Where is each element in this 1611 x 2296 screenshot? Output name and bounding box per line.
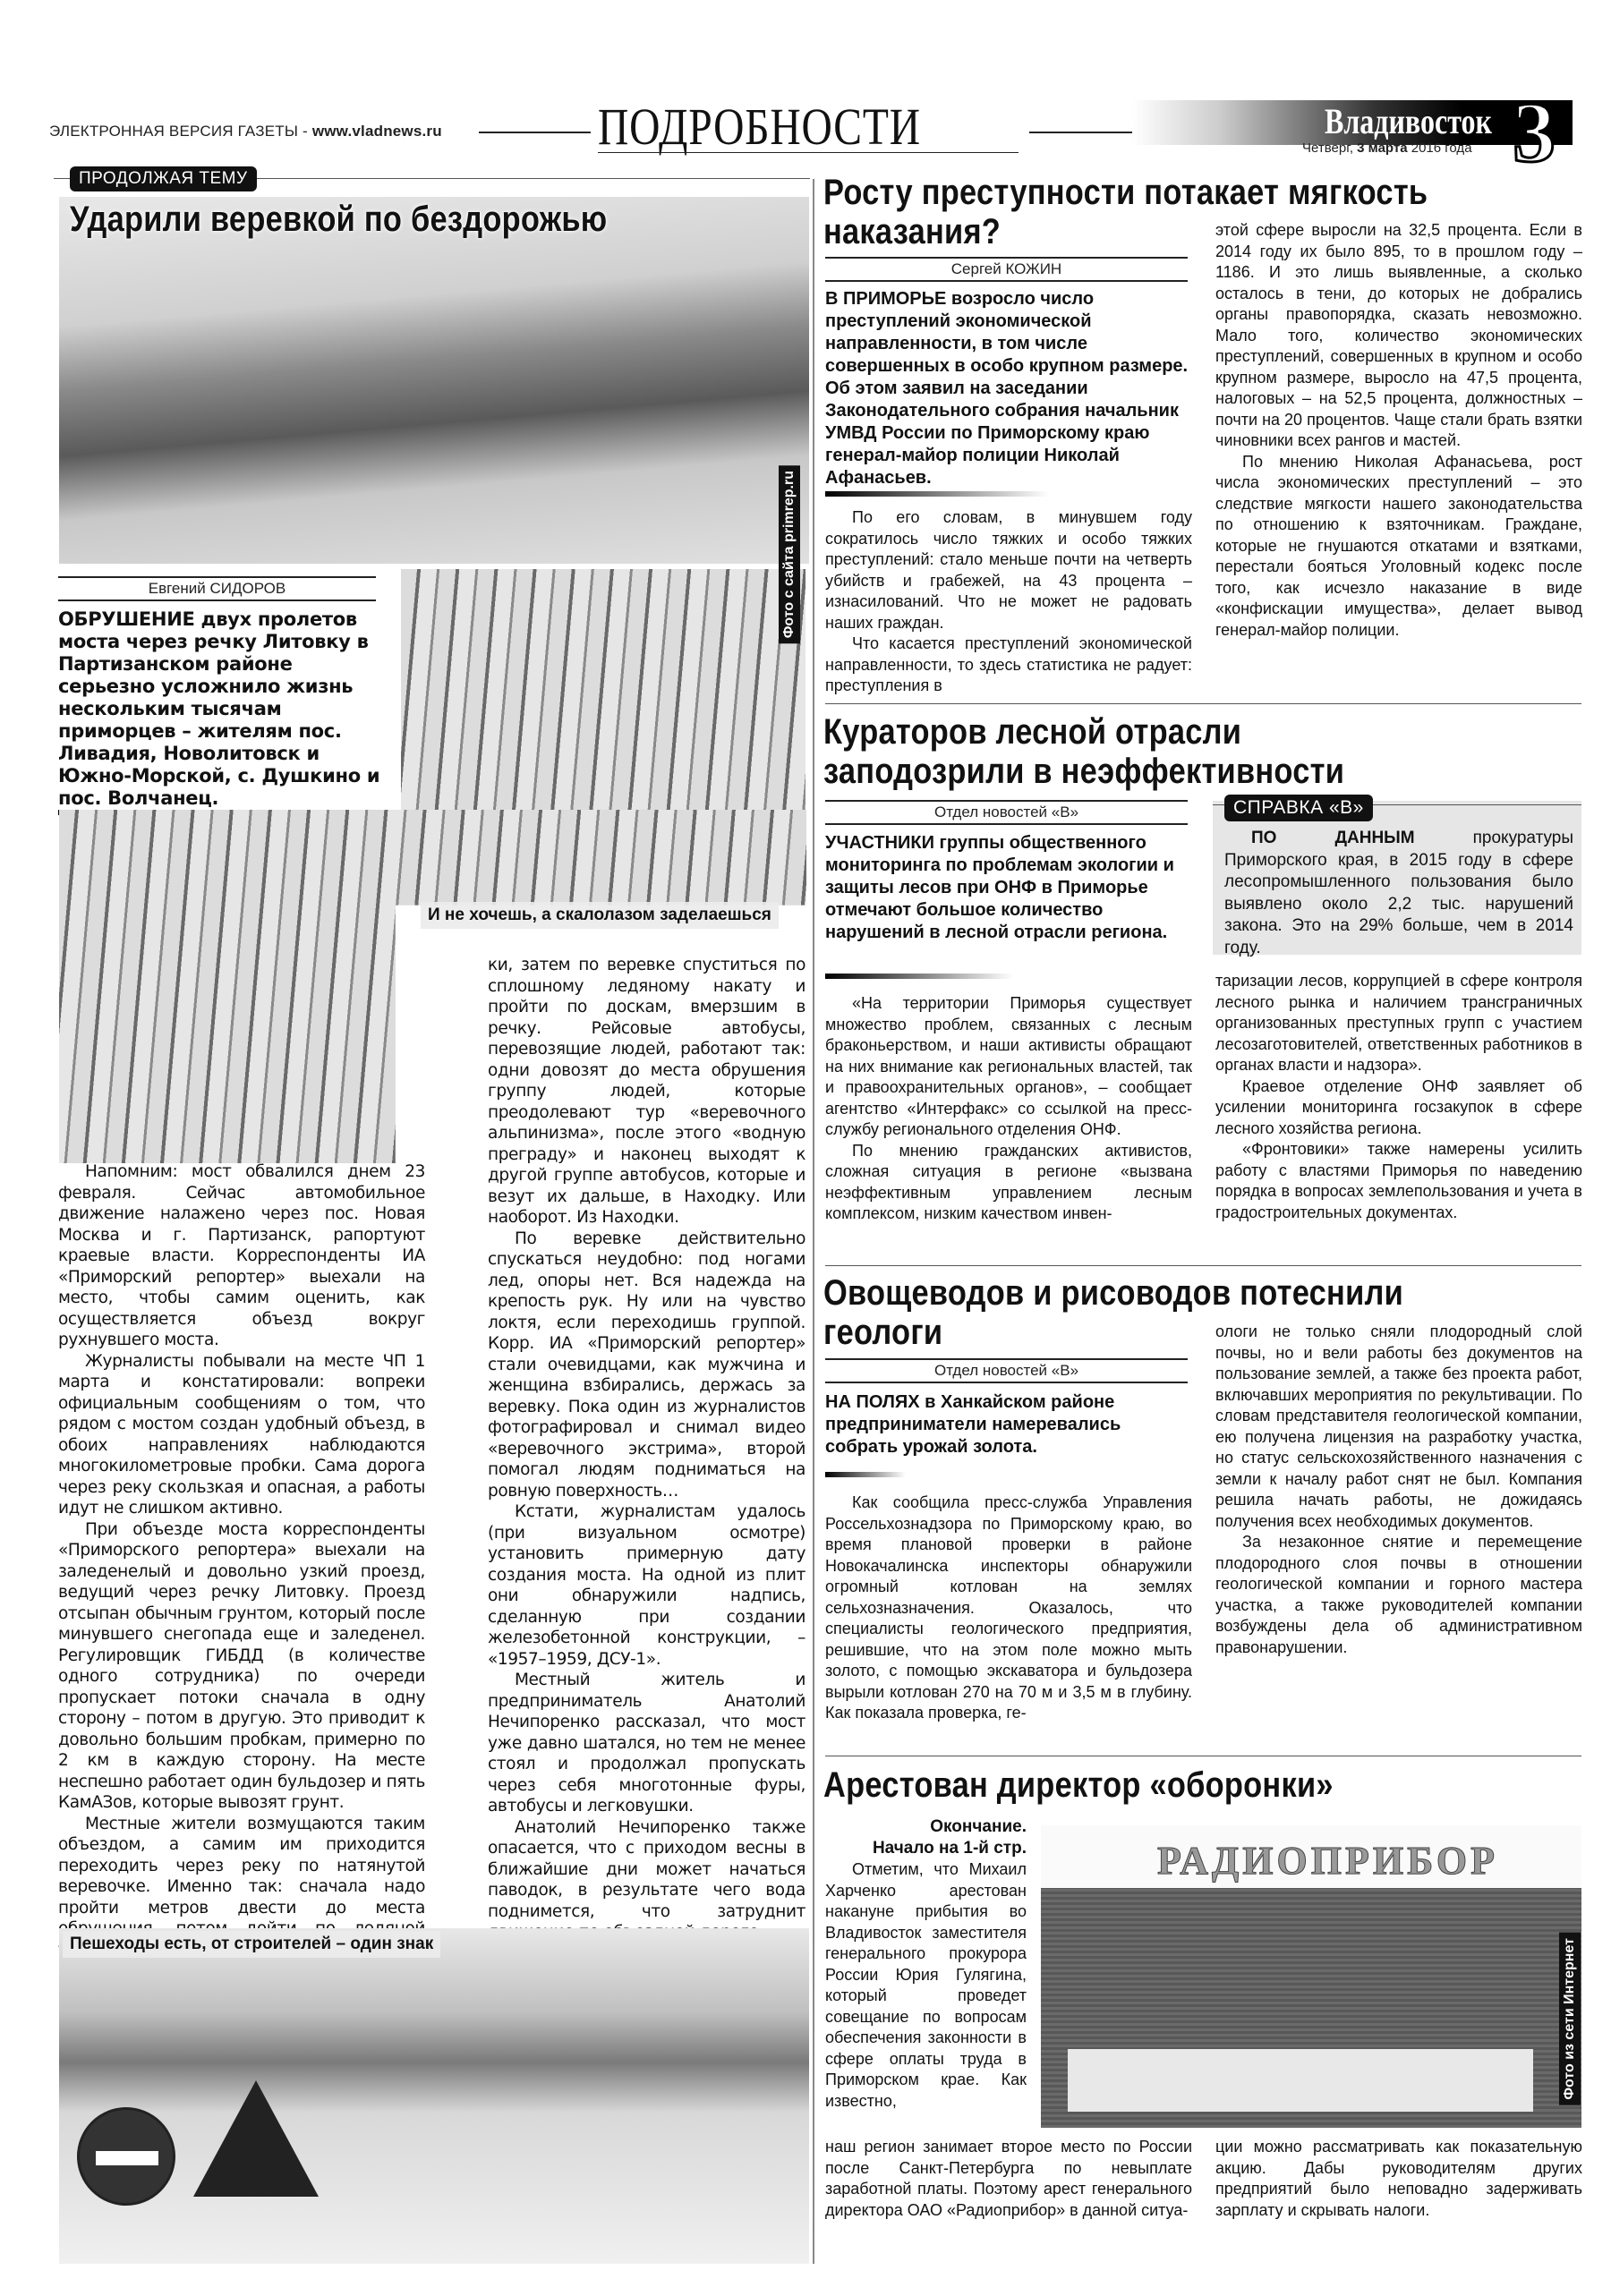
headline-crime-2: наказания? — [823, 211, 1001, 252]
byline-geology: Отдел новостей «В» — [825, 1358, 1188, 1383]
headline-forest-1: Кураторов лесной отрасли — [823, 711, 1241, 753]
lead-rule — [825, 974, 1013, 979]
forest-column-2: таризации лесов, коррупцией в сфере конт… — [1215, 971, 1582, 1223]
headline-geology-2: геологи — [823, 1312, 942, 1353]
issue-date: Четверг, 3 марта 2016 года — [1302, 140, 1472, 156]
reference-tag: СПРАВКА «В» — [1224, 795, 1373, 821]
site-url-link[interactable]: www.vladnews.ru — [312, 123, 442, 140]
byline-bridge: Евгений СИДОРОВ — [58, 576, 376, 601]
header-rule-right — [1029, 132, 1132, 133]
headline-forest-2: заподозрили в неэффективности — [823, 751, 1344, 792]
lead-rule — [825, 1472, 906, 1477]
no-entry-sign-icon — [77, 2107, 175, 2206]
arrest-column-2: ции можно рассматривать как показательну… — [1215, 2137, 1582, 2221]
byline-crime: Сергей КОЖИН — [825, 257, 1188, 282]
building-sign: РАДИОПРИБОР — [1157, 1838, 1498, 1884]
roadworks-sign-icon — [193, 2080, 319, 2197]
page-number: 3 — [1513, 89, 1556, 175]
headline-geology-1: Овощеводов и рисоводов потеснили — [823, 1272, 1403, 1314]
site-label: ЭЛЕКТРОННАЯ ВЕРСИЯ ГАЗЕТЫ - www.vladnews… — [49, 123, 442, 140]
column-divider — [813, 179, 814, 2264]
bridge-column-2: ки, затем по веревке спуститься по сплош… — [488, 955, 805, 2048]
section-title: ПОДРОБНОСТИ — [598, 97, 921, 157]
crime-column-1: По его словам, в минувшем году сократило… — [825, 507, 1192, 697]
photo-rope-crossing — [401, 569, 805, 829]
caption-rope: И не хочешь, а скалолазом заделаешься — [421, 902, 779, 929]
title-underline — [598, 152, 1019, 153]
forest-column-1: «На территории Приморья существует множе… — [825, 993, 1192, 1225]
caption-pedestrians: Пешеходы есть, от строителей – один знак — [63, 1931, 440, 1958]
article-separator — [825, 703, 1581, 704]
arrest-column-1: наш регион занимает второе место по Росс… — [825, 2137, 1192, 2221]
headline-crime-1: Росту преступности потакает мягкость — [823, 172, 1428, 213]
arrest-narrow-column: Отметим, что Михаил Харченко арестован н… — [825, 1859, 1027, 2112]
header-rule-left — [479, 132, 591, 133]
crime-column-2: этой сфере выросли на 32,5 процента. Есл… — [1215, 220, 1582, 641]
geology-column-2: ологи не только сняли плодородный слой п… — [1215, 1322, 1582, 1658]
photo-credit-internet: Фото из сети Интернет — [1559, 1933, 1581, 2105]
article-separator — [825, 1756, 1581, 1756]
reference-text: ПО ДАННЫМ прокуратуры Приморского края, … — [1224, 828, 1573, 959]
lead-forest: УЧАСТНИКИ группы общественного мониторин… — [825, 832, 1192, 944]
section-tag-continuing: ПРОДОЛЖАЯ ТЕМУ — [70, 166, 257, 191]
headline-arrest: Арестован директор «оборонки» — [823, 1765, 1334, 1806]
byline-forest: Отдел новостей «В» — [825, 800, 1188, 825]
photo-pedestrians — [59, 1928, 809, 2264]
photo-radiopribor-building: РАДИОПРИБОР — [1041, 1825, 1581, 2128]
bridge-column-1: Напомним: мост обвалился днем 23 февраля… — [58, 1161, 425, 1960]
lead-rule — [825, 491, 1049, 497]
photo-credit-primrep: Фото с сайта primrep.ru — [779, 465, 800, 643]
lead-geology: НА ПОЛЯХ в Ханкайском районе предпринима… — [825, 1391, 1192, 1458]
photo-collapsed-bridge — [59, 197, 809, 564]
lead-crime: В ПРИМОРЬЕ возросло число преступлений э… — [825, 288, 1192, 489]
geology-column-1: Как сообщила пресс-служба Управления Рос… — [825, 1492, 1192, 1724]
continuation-note: Окончание. Начало на 1-й стр. — [825, 1816, 1027, 1859]
lead-bridge: ОБРУШЕНИЕ двух пролетов моста через речк… — [58, 608, 380, 810]
brand-name: Владивосток — [1325, 100, 1492, 142]
headline-bridge: Ударили веревкой по бездорожью — [70, 199, 607, 240]
article-separator — [825, 1265, 1581, 1266]
